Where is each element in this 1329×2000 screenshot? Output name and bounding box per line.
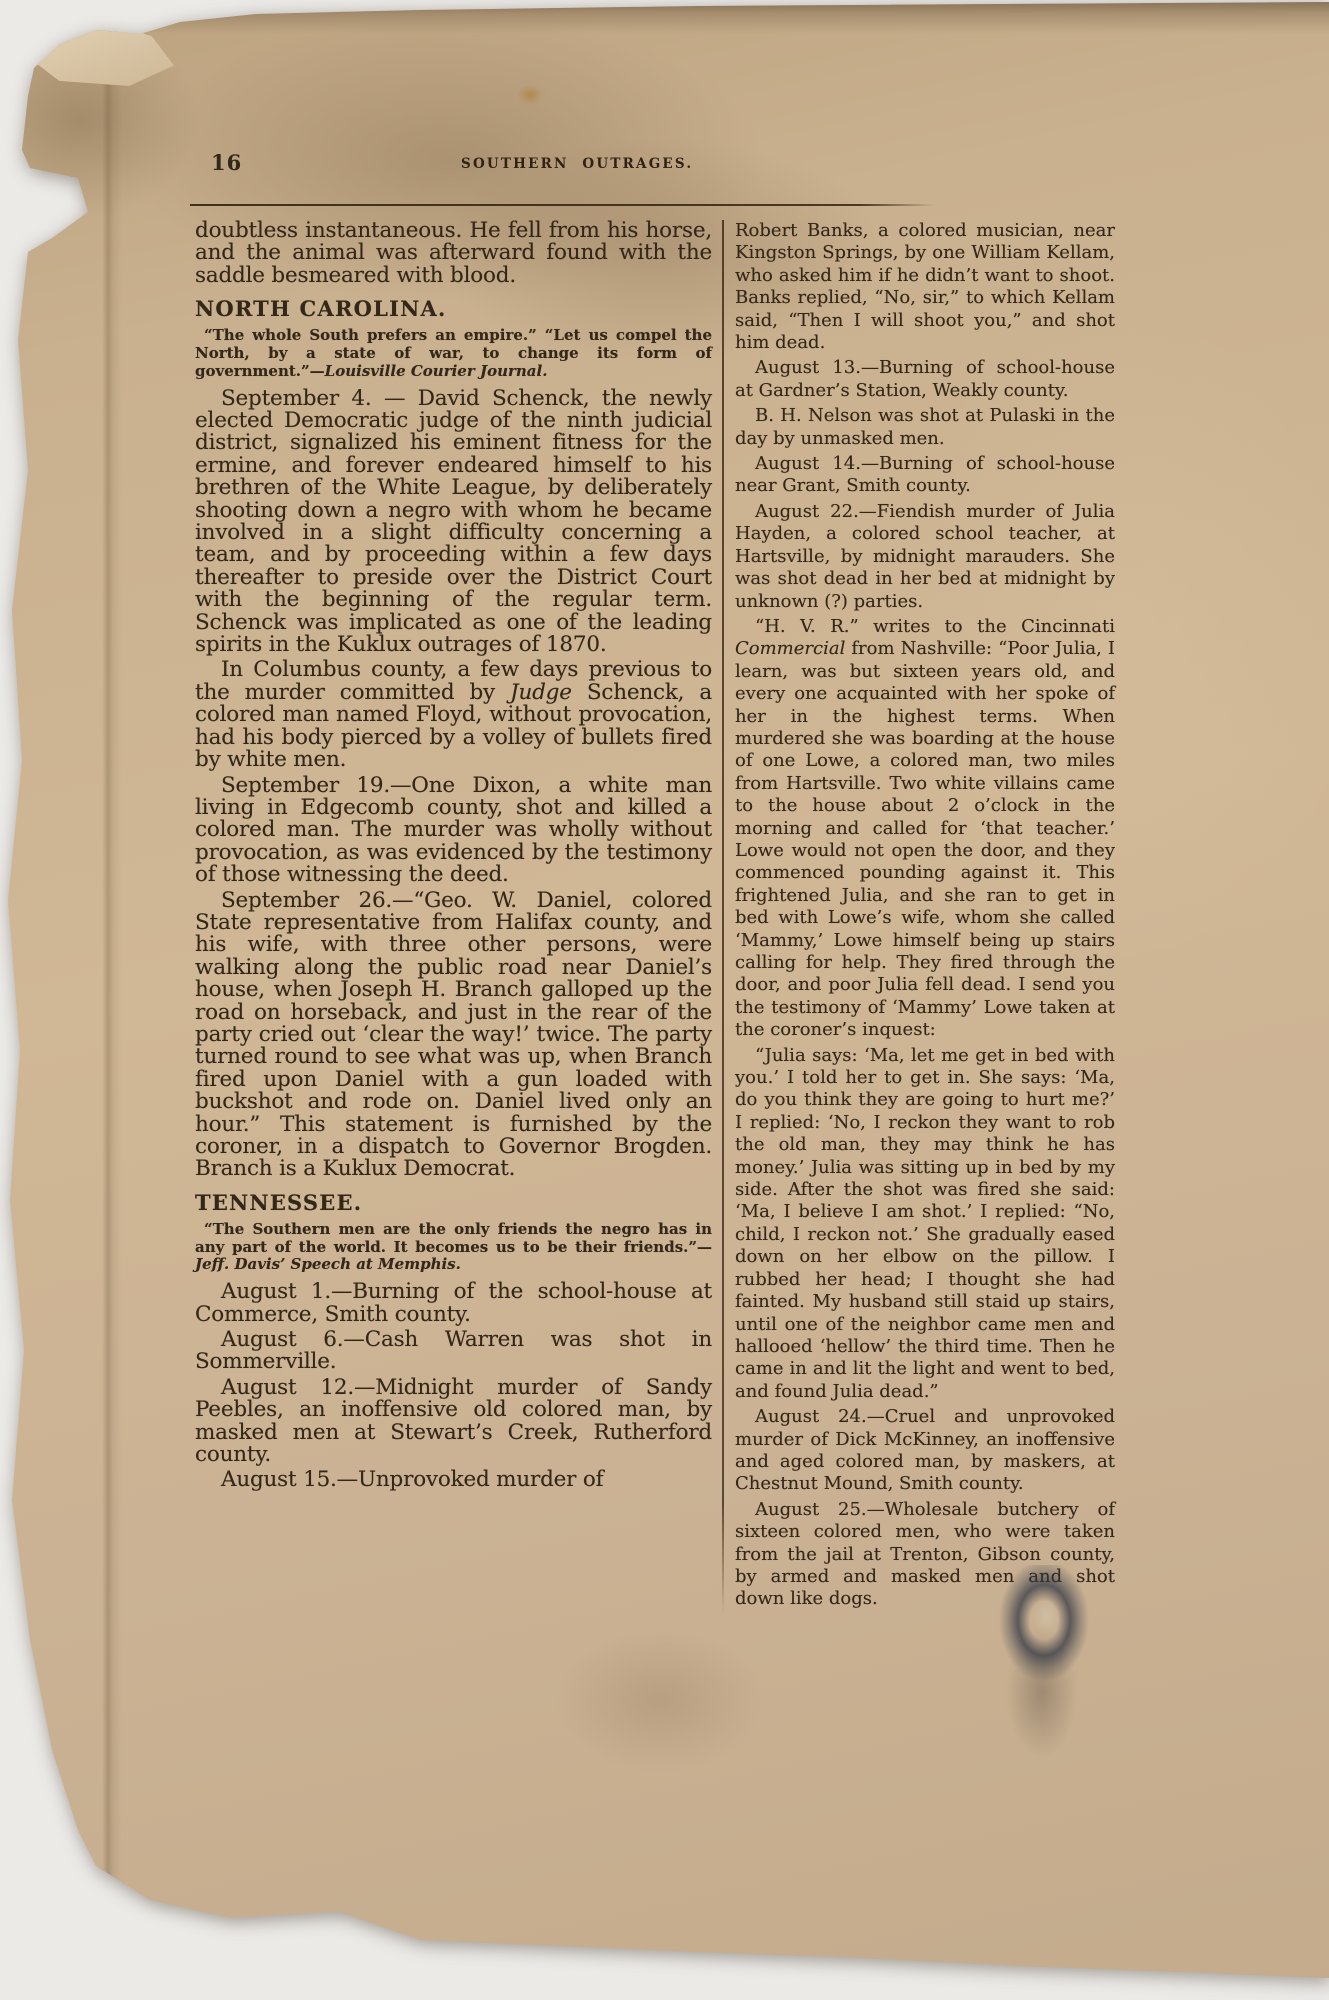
paragraph: August 12.—Midnight murder of Sandy Peeb… [195,1377,712,1467]
text-columns: doubtless instantaneous. He fell from hi… [195,220,1115,1614]
right-column: Robert Banks, a colored musician, near K… [735,220,1115,1614]
paragraph: August 14.—Burning of school-house near … [735,453,1115,498]
photo-background: 16 SOUTHERN OUTRAGES. doubtless instanta… [0,0,1329,2000]
section-heading: NORTH CAROLINA. [195,296,712,322]
page-header: 16 SOUTHERN OUTRAGES. [195,150,1115,196]
column-divider [722,220,724,1614]
paragraph: August 24.—Cruel and unprovoked murder o… [735,1406,1115,1496]
paragraph: In Columbus county, a few days previous … [195,659,712,771]
ink-stain [985,1565,1103,1770]
epigraph: “The Southern men are the only friends t… [195,1221,712,1274]
header-rule [190,204,935,206]
paragraph: “H. V. R.” writes to the Cincinnati Comm… [735,616,1115,1042]
paragraph: August 1.—Burning of the school-house at… [195,1281,712,1326]
paragraph: August 13.—Burning of school-house at Ga… [735,357,1115,402]
section-heading: TENNESSEE. [195,1190,712,1216]
paper-shadow: 16 SOUTHERN OUTRAGES. doubtless instanta… [0,0,1329,2000]
paragraph: “Julia says: ‘Ma, let me get in bed with… [735,1045,1115,1404]
paragraph: August 22.—Fiendish murder of Julia Hayd… [735,501,1115,613]
epigraph: “The whole South prefers an empire.” “Le… [195,327,712,380]
paragraph: August 15.—Unprovoked murder of [195,1469,712,1491]
page-number: 16 [211,150,242,175]
page-content: 16 SOUTHERN OUTRAGES. doubtless instanta… [195,150,1115,196]
page-title: SOUTHERN OUTRAGES. [461,156,693,172]
left-column: doubtless instantaneous. He fell from hi… [195,220,712,1614]
paragraph: Robert Banks, a colored musician, near K… [735,220,1115,354]
document-page: 16 SOUTHERN OUTRAGES. doubtless instanta… [0,0,1329,2000]
paragraph: September 26.—“Geo. W. Daniel, colored S… [195,890,712,1181]
paragraph: September 19.—One Dixon, a white man liv… [195,775,712,887]
paragraph: doubtless instantaneous. He fell from hi… [195,220,712,287]
paragraph: September 4. — David Schenck, the newly … [195,388,712,657]
paragraph: August 6.—Cash Warren was shot in Sommer… [195,1329,712,1374]
torn-corner-flap [34,22,174,86]
paragraph: B. H. Nelson was shot at Pulaski in the … [735,405,1115,450]
